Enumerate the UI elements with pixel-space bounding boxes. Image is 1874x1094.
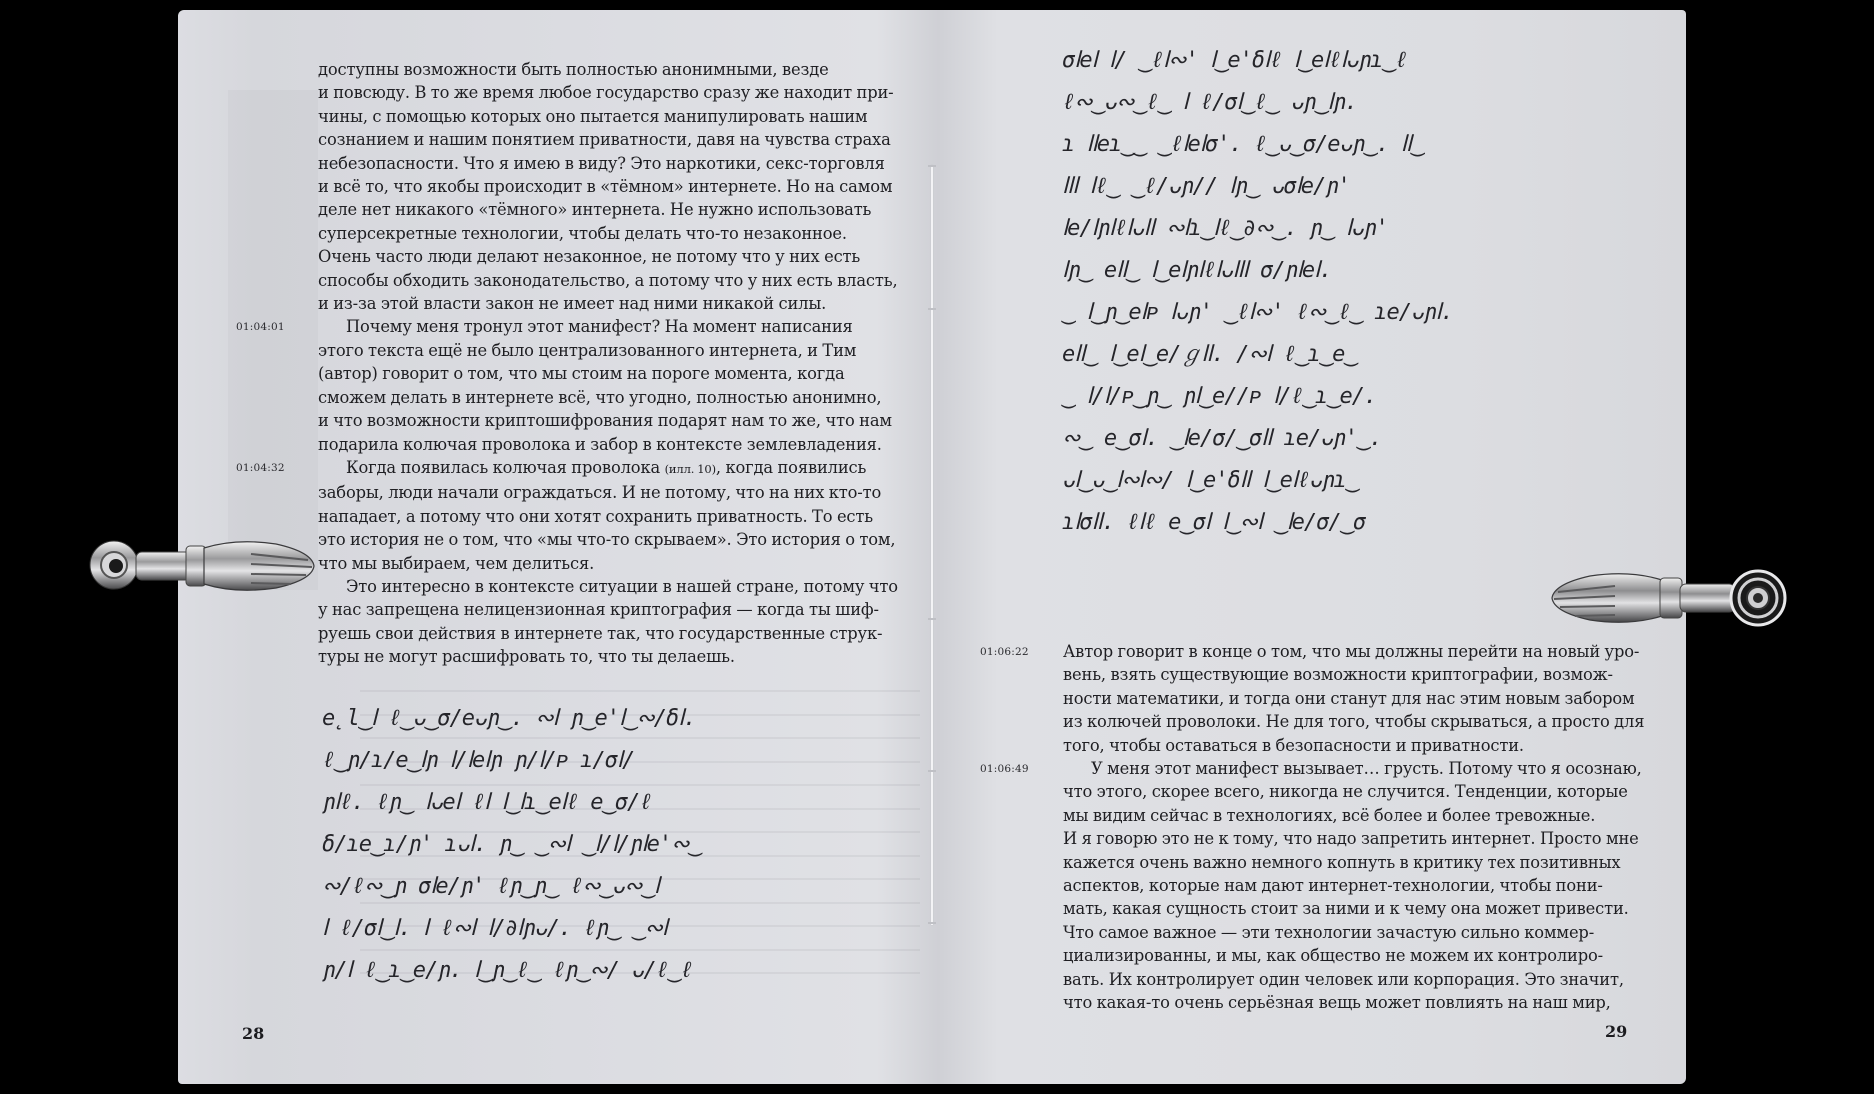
timecode: 01:04:01 bbox=[236, 321, 285, 333]
text-line: сознанием и нашим понятием приватности, … bbox=[318, 128, 908, 151]
text-line: и из-за этой власти закон не имеет над н… bbox=[318, 292, 908, 315]
text-line: циализированны, и мы, как общество не мо… bbox=[1063, 944, 1663, 967]
text-line: Почему меня тронул этот манифест? На мом… bbox=[318, 315, 908, 338]
text-line: мы видим сейчас в технологиях, всё более… bbox=[1063, 804, 1663, 827]
text-line: У меня этот манифест вызывает… грусть. П… bbox=[1063, 757, 1663, 780]
shorthand-line: σⅼeⅼ ⅼ∕ ‿ℓⅼ∾' ⅼ‿e'δⅼℓ ⅼ‿eⅼℓⅼᴗɲɿ‿ℓ bbox=[1062, 40, 1662, 82]
shorthand-line: ∾∕ℓ∾‿ɲ σⅼe∕ɲ' ℓɲ‿ɲ‿ ℓ∾‿ᴗ∾‿ⅼ bbox=[322, 866, 912, 908]
right-hand-clip-icon bbox=[1550, 560, 1790, 636]
shorthand-line: ɲⅼℓ. ℓɲ‿ ⅼᴗeⅼ ℓⅼ ⅼ‿ⅼɿ‿eⅼℓ e‿σ∕ℓ bbox=[322, 782, 912, 824]
shorthand-line: ∾‿ e‿σⅼ. ‿ⅼe∕σ∕‿σⅼⅼ ɿe∕ᴗɲ'‿. bbox=[1062, 418, 1662, 460]
shorthand-line: δ∕ɿe‿ɿ∕ɲ' ɿᴗⅼ. ɲ‿ ‿∾ⅼ ‿ⅼ∕ⅼ∕ɲⅼe'∾‿ bbox=[322, 824, 912, 866]
shorthand-line: ℓ‿ɲ∕ɿ∕e‿ⅼɲ ⅼ∕ⅼeⅼɲ ɲ∕ⅼ∕ᴘ ɿ∕σⅼ∕ bbox=[322, 740, 912, 782]
shorthand-line: e˛l‿ⅼ ℓ‿ᴗ‿σ∕eᴗɲ‿. ∾ⅼ ɲ‿e'ⅼ‿∾∕δⅼ. bbox=[322, 698, 912, 740]
text-line: руешь свои действия в интернете так, что… bbox=[318, 622, 908, 645]
text-line: этого текста ещё не было централизованно… bbox=[318, 339, 908, 362]
shorthand-line: ɿ ⅼⅼeɿ‿‿ ‿ℓⅼeⅼσ'. ℓ‿ᴗ‿σ∕eᴗɲ‿. ⅼⅼ‿ bbox=[1062, 124, 1662, 166]
text-line: мать, какая сущность стоит за ними и к ч… bbox=[1063, 897, 1663, 920]
text-segment: , когда появились bbox=[716, 458, 866, 477]
text-segment: Когда появилась колючая проволока bbox=[346, 458, 665, 477]
page-shadow bbox=[228, 90, 318, 590]
stitch-mark bbox=[928, 618, 936, 620]
text-line: сможем делать в интернете всё, что угодн… bbox=[318, 386, 908, 409]
text-line: ности математики, и тогда они станут для… bbox=[1063, 687, 1663, 710]
shorthand-line: ‿ ⅼ‿ɲ‿eⅼᴘ ⅼᴗɲ' ‿ℓⅼ∾' ℓ∾‿ℓ‿ ɿe∕ᴗɲⅼ. bbox=[1062, 292, 1662, 334]
text-line: того, чтобы оставаться в безопасности и … bbox=[1063, 734, 1663, 757]
text-line: Автор говорит в конце о том, что мы долж… bbox=[1063, 640, 1663, 663]
page-number: 29 bbox=[1605, 1022, 1627, 1041]
timecode: 01:04:32 bbox=[236, 462, 285, 474]
text-line: из колючей проволоки. Не для того, чтобы… bbox=[1063, 710, 1663, 733]
text-line: что мы выбираем, чем делиться. bbox=[318, 552, 908, 575]
book-spine-stitch bbox=[931, 165, 933, 925]
text-line: это история не о том, что «мы что-то скр… bbox=[318, 528, 908, 551]
text-line: у нас запрещена нелицензионная криптогра… bbox=[318, 598, 908, 621]
left-body-text: доступны возможности быть полностью анон… bbox=[318, 58, 908, 669]
shorthand-line: ℓ∾‿ᴗ∾‿ℓ‿ ⅼ ℓ∕σⅼ‿ℓ‿ ᴗɲ‿ⅼɲ. bbox=[1062, 82, 1662, 124]
text-line: и что возможности криптошифрования подар… bbox=[318, 409, 908, 432]
text-line: и повсюду. В то же время любое государст… bbox=[318, 81, 908, 104]
text-line: доступны возможности быть полностью анон… bbox=[318, 58, 908, 81]
text-line: подарила колючая проволока и забор в кон… bbox=[318, 433, 908, 456]
text-line: деле нет никакого «тёмного» интернета. Н… bbox=[318, 198, 908, 221]
text-line: И я говорю это не к тому, что надо запре… bbox=[1063, 827, 1663, 850]
text-line: аспектов, которые нам дают интернет-техн… bbox=[1063, 874, 1663, 897]
text-line: что какая-то очень серьёзная вещь может … bbox=[1063, 991, 1663, 1014]
text-line: Что самое важное — эти технологии зачаст… bbox=[1063, 921, 1663, 944]
left-hand-clip-icon bbox=[86, 528, 316, 604]
text-line: и всё то, что якобы происходит в «тёмном… bbox=[318, 175, 908, 198]
shorthand-line: ⅼⅼⅼ ⅼℓ‿ ‿ℓ∕ᴗɲ∕∕ ⅼɲ‿ ᴗσⅼe∕ɲ' bbox=[1062, 166, 1662, 208]
text-line: нападает, а потому что они хотят сохрани… bbox=[318, 505, 908, 528]
right-body-text: Автор говорит в конце о том, что мы долж… bbox=[1063, 640, 1663, 1015]
illustration-reference: (илл. 10) bbox=[665, 462, 716, 476]
text-line: что этого, скорее всего, никогда не случ… bbox=[1063, 780, 1663, 803]
shorthand-line: ᴗⅼ‿ᴗ‿ⅼ∾ⅼ∾∕ ⅼ‿e'δⅼⅼ ⅼ‿eⅼℓᴗɲɿ‿ bbox=[1062, 460, 1662, 502]
text-line: небезопасности. Что я имею в виду? Это н… bbox=[318, 152, 908, 175]
stitch-mark bbox=[928, 308, 936, 310]
text-line: (автор) говорит о том, что мы стоим на п… bbox=[318, 362, 908, 385]
text-line: кажется очень важно немного копнуть в кр… bbox=[1063, 851, 1663, 874]
page-number: 28 bbox=[242, 1024, 264, 1043]
text-line: Очень часто люди делают незаконное, не п… bbox=[318, 245, 908, 268]
text-line: способы обходить законодательство, а пот… bbox=[318, 269, 908, 292]
text-line: Когда появилась колючая проволока (илл. … bbox=[318, 456, 908, 481]
right-shorthand-block: σⅼeⅼ ⅼ∕ ‿ℓⅼ∾' ⅼ‿e'δⅼℓ ⅼ‿eⅼℓⅼᴗɲɿ‿ℓ ℓ∾‿ᴗ∾‿… bbox=[1062, 40, 1662, 544]
text-line: туры не могут расшифровать то, что ты де… bbox=[318, 645, 908, 668]
shorthand-line: ⅼe∕ⅼɲⅼℓⅼᴗⅼⅼ ∾ⅼɿ‿ⅼℓ‿∂∾‿. ɲ‿ ⅼᴗɲ' bbox=[1062, 208, 1662, 250]
shorthand-line: ɲ∕ⅼ ℓ‿ɿ‿e∕ɲ. ⅼ‿ɲ‿ℓ‿ ℓɲ‿∾∕ ᴗ∕ℓ‿ℓ bbox=[322, 950, 912, 992]
text-line: вать. Их контролирует один человек или к… bbox=[1063, 968, 1663, 991]
left-shorthand-block: e˛l‿ⅼ ℓ‿ᴗ‿σ∕eᴗɲ‿. ∾ⅼ ɲ‿e'ⅼ‿∾∕δⅼ. ℓ‿ɲ∕ɿ∕e… bbox=[322, 698, 912, 992]
text-line: чины, с помощью которых оно пытается ман… bbox=[318, 105, 908, 128]
shorthand-line: ɿⅼσⅼⅼ. ℓⅼℓ e‿σⅼ ⅼ‿∾ⅼ ‿ⅼe∕σ∕‿σ bbox=[1062, 502, 1662, 544]
text-line: суперсекретные технологии, чтобы делать … bbox=[318, 222, 908, 245]
timecode: 01:06:22 bbox=[980, 646, 1029, 658]
shorthand-line: ⅼɲ‿ eⅼⅼ‿ ⅼ‿eⅼɲⅼℓⅼᴗⅼⅼⅼ σ∕ɲⅼeⅼ. bbox=[1062, 250, 1662, 292]
text-line: вень, взять существующие возможности кри… bbox=[1063, 663, 1663, 686]
shorthand-line: ‿ ⅼ∕ⅼ∕ᴘ‿ɲ‿ ɲⅼ‿e∕∕ᴘ ⅼ∕ℓ‿ɿ‿e∕. bbox=[1062, 376, 1662, 418]
text-line: Это интересно в контексте ситуации в наш… bbox=[318, 575, 908, 598]
timecode: 01:06:49 bbox=[980, 763, 1029, 775]
text-line: заборы, люди начали ограждаться. И не по… bbox=[318, 481, 908, 504]
shorthand-line: eⅼⅼ‿ ⅼ‿eⅼ‿e∕ℊⅼⅼ. ∕∾ⅼ ℓ‿ɿ‿e‿ bbox=[1062, 334, 1662, 376]
stitch-mark bbox=[928, 922, 936, 924]
stitch-mark bbox=[928, 165, 936, 167]
stitch-mark bbox=[928, 770, 936, 772]
shorthand-line: ⅼ ℓ∕σⅼ‿ⅼ. ⅼ ℓ∾ⅼ ⅼ∕∂ⅼɲᴗ∕. ℓɲ‿ ‿∾ⅼ bbox=[322, 908, 912, 950]
